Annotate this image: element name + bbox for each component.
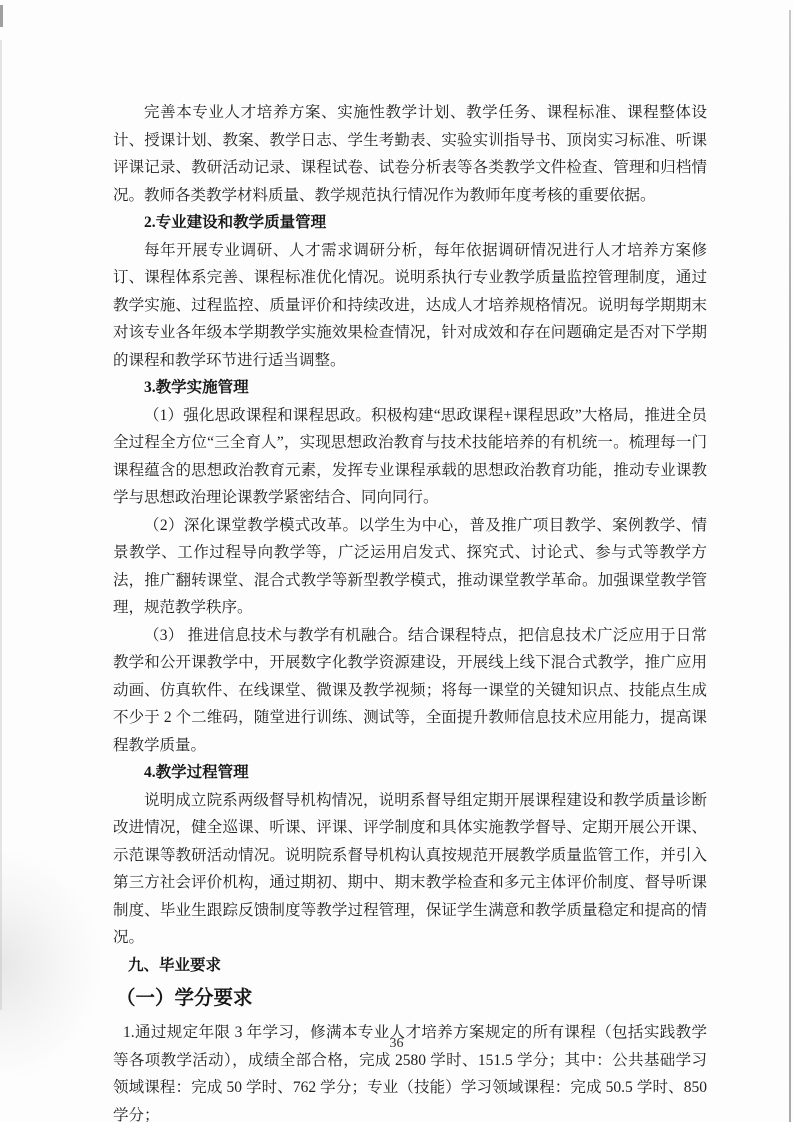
heading-2-professional-construction: 2.专业建设和教学质量管理 (113, 209, 707, 237)
paragraph-teaching-files-review: 完善本专业人才培养方案、实施性教学计划、教学任务、课程标准、课程整体设计、授课计… (113, 99, 707, 209)
page-number: 36 (0, 1036, 793, 1052)
subheading-credit-requirements: （一）学分要求 (113, 982, 707, 1015)
scan-smudge-bottom-left (0, 850, 100, 1080)
scan-speck-top-left (0, 5, 3, 27)
document-page: 完善本专业人才培养方案、实施性教学计划、教学任务、课程标准、课程整体设计、授课计… (0, 0, 793, 1122)
paragraph-supervision-system: 说明成立院系两级督导机构情况，说明系督导组定期开展课程建设和教学质量诊断改进情况… (113, 787, 707, 952)
paragraph-annual-research: 每年开展专业调研、人才需求调研分析，每年依据调研情况进行人才培养方案修订、课程体… (113, 237, 707, 375)
paragraph-credit-details: 1.通过规定年限 3 年学习，修满本专业人才培养方案规定的所有课程（包括实践教学… (113, 1019, 707, 1122)
paragraph-2-classroom-reform: （2）深化课堂教学模式改革。以学生为中心，普及推广项目教学、案例教学、情景教学、… (113, 512, 707, 622)
document-body: 完善本专业人才培养方案、实施性教学计划、教学任务、课程标准、课程整体设计、授课计… (113, 99, 707, 1122)
paragraph-1-ideological-courses: （1）强化思政课程和课程思政。积极构建“思政课程+课程思政”大格局，推进全员全过… (113, 402, 707, 512)
heading-9-graduation-requirements: 九、毕业要求 (113, 952, 707, 980)
scan-edge-right-line (789, 10, 791, 1122)
heading-3-teaching-implementation: 3.教学实施管理 (113, 374, 707, 402)
paragraph-3-information-technology: （3） 推进信息技术与教学有机融合。结合课程特点，把信息技术广泛应用于日常教学和… (113, 622, 707, 760)
heading-4-teaching-process: 4.教学过程管理 (113, 759, 707, 787)
